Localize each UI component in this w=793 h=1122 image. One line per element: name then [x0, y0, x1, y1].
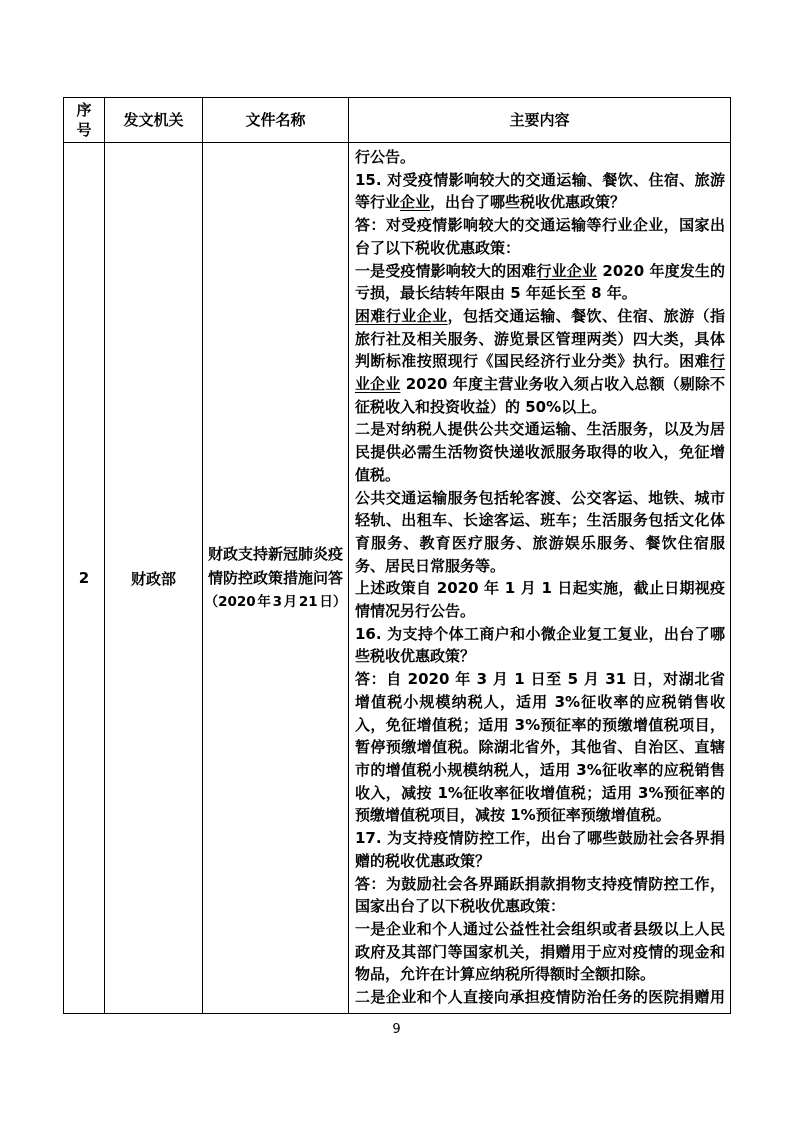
agency-cell: 财政部 — [105, 143, 203, 1014]
page-number: 9 — [0, 1022, 793, 1037]
header-main-content: 主要内容 — [349, 98, 731, 143]
content-paragraph: 15. 对受疫情影响较大的交通运输、餐饮、住宿、旅游等行业企业，出台了哪些税收优… — [355, 169, 725, 214]
doc-name-line: 情防控政策措施问答 — [203, 566, 348, 590]
content-paragraph: 行公告。 — [355, 146, 725, 169]
content-paragraph: 答：为鼓励社会各界踊跃捐款捐物支持疫情防控工作，国家出台了以下税收优惠政策： — [355, 873, 725, 918]
content-paragraph: 答：对受疫情影响较大的交通运输等行业企业，国家出台了以下税收优惠政策： — [355, 214, 725, 259]
content-paragraph: 17. 为支持疫情防控工作，出台了哪些鼓励社会各界捐赠的税收优惠政策？ — [355, 827, 725, 872]
content-paragraph: 二是企业和个人直接向承担疫情防治任务的医院捐赠用于应对疫情的物品，允许在计算应纳… — [355, 986, 725, 1012]
content-paragraph: 一是企业和个人通过公益性社会组织或者县级以上人民政府及其部门等国家机关，捐赠用于… — [355, 918, 725, 986]
header-seq-label: 序号 — [76, 100, 93, 140]
content-paragraph: 答：自 2020 年 3 月 1 日至 5 月 31 日，对湖北省增值税小规模纳… — [355, 668, 725, 827]
content-paragraph: 困难行业企业，包括交通运输、餐饮、住宿、旅游（指旅行社及相关服务、游览景区管理两… — [355, 305, 725, 419]
doc-name-cell-text: 财政支持新冠肺炎疫情防控政策措施问答（2020 年 3 月 21 日） — [203, 542, 348, 614]
content-paragraph: 一是受疫情影响较大的困难行业企业 2020 年度发生的亏损，最长结转年限由 5 … — [355, 260, 725, 305]
content-paragraph: 二是对纳税人提供公共交通运输、生活服务，以及为居民提供必需生活物资快递收派服务取… — [355, 418, 725, 486]
header-doc-name-label: 文件名称 — [245, 111, 305, 129]
policy-table: 序号 发文机关 文件名称 主要内容 2 财政部 财政支持新冠肺炎疫情防控政策措施… — [63, 97, 731, 1014]
seq-cell: 2 — [64, 143, 105, 1014]
content-paragraph: 公共交通运输服务包括轮客渡、公交客运、地铁、城市轻轨、出租车、长途客运、班车；生… — [355, 487, 725, 578]
header-seq: 序号 — [64, 98, 105, 143]
header-agency-label: 发文机关 — [123, 111, 183, 129]
doc-name-line: 财政支持新冠肺炎疫 — [203, 542, 348, 566]
main-content-text: 行公告。15. 对受疫情影响较大的交通运输、餐饮、住宿、旅游等行业企业，出台了哪… — [349, 143, 730, 1012]
header-doc-name: 文件名称 — [203, 98, 349, 143]
content-paragraph: 16. 为支持个体工商户和小微企业复工复业，出台了哪些税收优惠政策？ — [355, 623, 725, 668]
table-header-row: 序号 发文机关 文件名称 主要内容 — [64, 98, 731, 143]
doc-name-cell: 财政支持新冠肺炎疫情防控政策措施问答（2020 年 3 月 21 日） — [203, 143, 349, 1014]
header-agency: 发文机关 — [105, 98, 203, 143]
content-paragraph: 上述政策自 2020 年 1 月 1 日起实施，截止日期视疫情情况另行公告。 — [355, 577, 725, 622]
document-page: 序号 发文机关 文件名称 主要内容 2 财政部 财政支持新冠肺炎疫情防控政策措施… — [0, 0, 793, 1122]
table-row: 2 财政部 财政支持新冠肺炎疫情防控政策措施问答（2020 年 3 月 21 日… — [64, 143, 731, 1014]
main-content-cell: 行公告。15. 对受疫情影响较大的交通运输、餐饮、住宿、旅游等行业企业，出台了哪… — [349, 143, 731, 1014]
header-main-content-label: 主要内容 — [509, 111, 569, 129]
doc-name-line: （2020 年 3 月 21 日） — [203, 590, 348, 614]
